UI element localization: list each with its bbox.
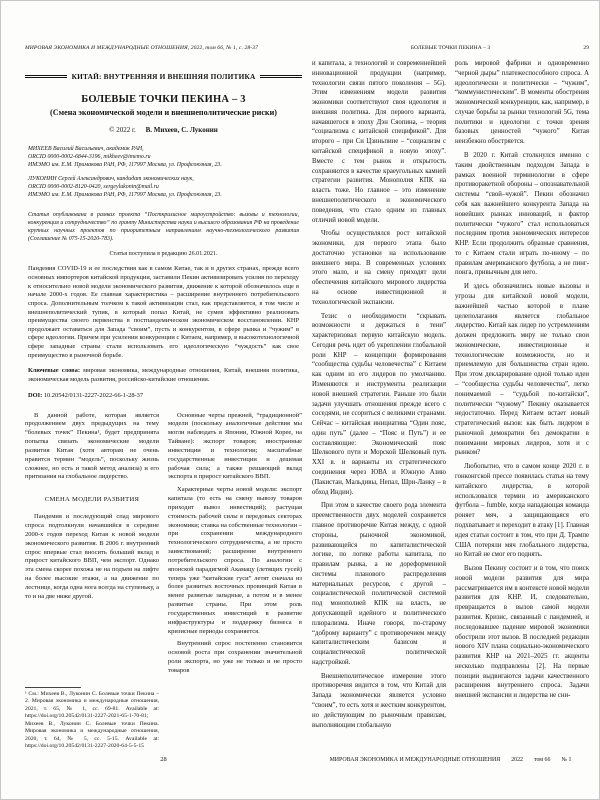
article-subtitle: (Смена экономической модели и внешнеполи…	[25, 108, 302, 117]
section-banner-label: КИТАЙ: ВНУТРЕННЯЯ И ВНЕШНЯЯ ПОЛИТИКА	[72, 72, 256, 81]
doi-line: DOI: 10.20542/0131-2227-2022-66-1-28-37	[25, 392, 302, 399]
paragraph: Пандемия и последующий спад мирового спр…	[25, 513, 159, 601]
paragraph: В 2020 г. Китай столкнулся именно с таки…	[455, 151, 589, 278]
author-name-line: МИХЕЕВ Василий Васильевич, академик РАН,	[28, 145, 299, 153]
page-number-right: 29	[583, 45, 589, 51]
paragraph: Внутренний спрос постепенно становится о…	[168, 640, 302, 675]
right-page-column-1: и капитала, а технологий и современнейше…	[312, 59, 446, 751]
paragraph: Чтобы осуществлялся рост китайской эконо…	[312, 229, 446, 307]
keywords-line: Ключевые слова: мировая экономика, между…	[25, 367, 302, 384]
left-page-body: В данной работе, которая является продол…	[25, 412, 302, 751]
right-page-body: и капитала, а технологий и современнейше…	[312, 59, 589, 751]
author-affiliation-line: ИМЭМО им. Е.М. Примакова РАН, РФ, 117997…	[28, 191, 299, 199]
paragraph: И здесь обозначились новые вызовы и угро…	[455, 282, 589, 458]
footer-volume: том 66	[534, 757, 550, 763]
paragraph: Внешнеполитическое измерение этого проти…	[312, 672, 446, 731]
running-head-title: БОЛЕВЫЕ ТОЧКИ ПЕКИНА – 3	[411, 45, 490, 51]
page-number-left: 28	[25, 756, 302, 763]
running-head-left: МИРОВАЯ ЭКОНОМИКА И МЕЖДУНАРОДНЫЕ ОТНОШЕ…	[25, 45, 302, 51]
footnote: ¹ См.: Михеев В., Луконин С. Болевые точ…	[25, 683, 159, 751]
author-block-mikheev: МИХЕЕВ Василий Васильевич, академик РАН,…	[28, 145, 299, 169]
page-left: МИРОВАЯ ЭКОНОМИКА И МЕЖДУНАРОДНЫЕ ОТНОШЕ…	[25, 45, 302, 763]
paragraph: Любопытно, что в самом конце 2020 г. в г…	[455, 462, 589, 560]
paragraph: и капитала, а технологий и современнейше…	[312, 59, 446, 225]
journal-spread: МИРОВАЯ ЭКОНОМИКА И МЕЖДУНАРОДНЫЕ ОТНОШЕ…	[0, 0, 600, 800]
article-title: БОЛЕВЫЕ ТОЧКИ ПЕКИНА – 3	[25, 94, 302, 105]
author-info: МИХЕЕВ Василий Васильевич, академик РАН,…	[25, 145, 302, 205]
paragraph: роль мировой фабрики и одновременно “чер…	[455, 59, 589, 147]
footer-year: 2022	[511, 757, 523, 763]
received-date: Статья поступила в редакцию 26.01.2021.	[25, 251, 302, 257]
authors-names: В. Михеев, С. Луконин	[146, 126, 218, 134]
author-orcid-line: ORCID 0000-0002-6844-3196, mikheev@imemo…	[28, 153, 299, 161]
author-block-lukonin: ЛУКОНИН Сергей Александрович, кандидат э…	[28, 175, 299, 199]
author-affiliation-line: ИМЭМО им. Е.М. Примакова РАН, РФ, 117997…	[28, 161, 299, 169]
paragraph: Тезис о необходимости “скрывать возможно…	[312, 312, 446, 498]
footnote-text: ¹ См.: Михеев В., Луконин С. Болевые точ…	[25, 691, 159, 751]
footnote-rule	[25, 687, 81, 688]
funding-note: Статья опубликована в рамках проекта “По…	[25, 211, 302, 243]
left-page-column-1: В данной работе, которая является продол…	[25, 412, 159, 751]
abstract: Пандемия COVID-19 и ее последствия как в…	[25, 265, 302, 360]
doi-label: DOI:	[28, 392, 42, 399]
running-head-right: БОЛЕВЫЕ ТОЧКИ ПЕКИНА – 3 29	[312, 45, 589, 51]
paragraph: В данной работе, которая является продол…	[25, 412, 159, 483]
copyright-label: © 2022 г.	[109, 126, 136, 134]
section-banner: КИТАЙ: ВНУТРЕННЯЯ И ВНЕШНЯЯ ПОЛИТИКА	[25, 72, 302, 81]
footer-issue: № 1	[561, 757, 571, 763]
paragraph: Основные черты прежней, “традиционной” м…	[168, 412, 302, 483]
banner-rule-left	[25, 75, 67, 79]
left-page-column-2: Основные черты прежней, “традиционной” м…	[168, 412, 302, 751]
right-page-column-2: роль мировой фабрики и одновременно “чер…	[455, 59, 589, 751]
doi-value: 10.20542/0131-2227-2022-66-1-28-37	[44, 392, 143, 399]
section-heading: СМЕНА МОДЕЛИ РАЗВИТИЯ	[25, 496, 159, 505]
page-right: БОЛЕВЫЕ ТОЧКИ ПЕКИНА – 3 29 и капитала, …	[312, 45, 589, 763]
author-name-line: ЛУКОНИН Сергей Александрович, кандидат э…	[28, 175, 299, 183]
author-orcid-line: ORCID 0000-0002-8120-0420, sergeylukonin…	[28, 183, 299, 191]
paragraph: Характерные черты новой модели: экспорт …	[168, 486, 302, 636]
paragraph: При этом в качестве своего рода элемента…	[312, 501, 446, 667]
footer-journal-name: МИРОВАЯ ЭКОНОМИКА И МЕЖДУНАРОДНЫЕ ОТНОШЕ…	[330, 757, 501, 763]
journal-footer: МИРОВАЯ ЭКОНОМИКА И МЕЖДУНАРОДНЫЕ ОТНОШЕ…	[312, 751, 589, 763]
keywords-label: Ключевые слова:	[28, 367, 80, 374]
paragraph: Вызов Пекину состоит и в том, что поиск …	[455, 564, 589, 701]
byline: © 2022 г. В. Михеев, С. Луконин	[25, 126, 302, 134]
banner-rule-right	[260, 75, 302, 79]
